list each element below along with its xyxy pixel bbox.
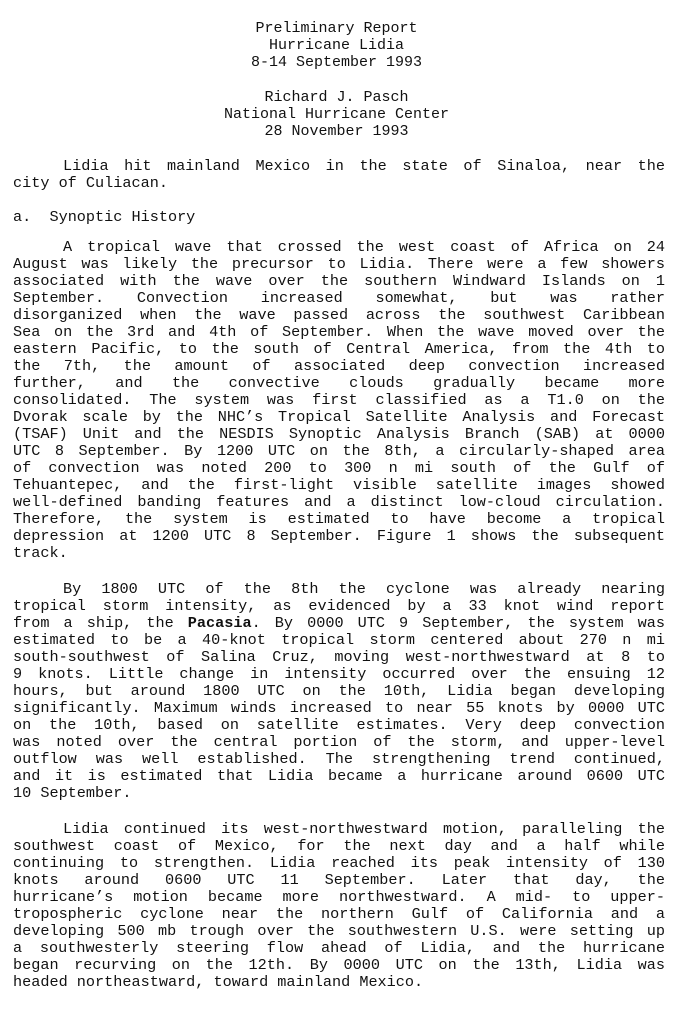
text-line: hurricane’s motion became more northwest…: [13, 889, 665, 906]
text-line: September. Convection increased somewhat…: [13, 290, 665, 307]
synoptic-paragraph-2: By 1800 UTC of the 8th the cyclone was a…: [13, 581, 665, 802]
text-line: was noted over the central portion of th…: [13, 734, 665, 751]
text-line: tropospheric cyclone near the northern G…: [13, 906, 665, 923]
summary-paragraph: Lidia hit mainland Mexico in the state o…: [13, 158, 665, 192]
text-line: further, and the convective clouds gradu…: [13, 375, 665, 392]
text-line: disorganized when the wave passed across…: [13, 307, 665, 324]
section-heading: a. Synoptic History: [13, 209, 195, 226]
text-line: city of Culiacan.: [13, 175, 665, 192]
author-name: Richard J. Pasch: [0, 89, 686, 106]
text-line: well-defined banding features and a dist…: [13, 494, 665, 511]
text-line: hours, but around 1800 UTC on the 10th, …: [13, 683, 665, 700]
text-line: southwest coast of Mexico, for the next …: [13, 838, 665, 855]
synoptic-paragraph-1: A tropical wave that crossed the west co…: [13, 239, 665, 562]
text-line: continuing to strengthen. Lidia reached …: [13, 855, 665, 872]
text-line: significantly. Maximum winds increased t…: [13, 700, 665, 717]
text-line: and it is estimated that Lidia became a …: [13, 768, 665, 785]
section-title: Synoptic History: [49, 208, 195, 226]
text-line: estimated to be a 40-knot tropical storm…: [13, 632, 665, 649]
report-title-block: Preliminary Report Hurricane Lidia 8-14 …: [0, 20, 686, 71]
text-line: from a ship, the Pacasia. By 0000 UTC 9 …: [13, 615, 665, 632]
text-line: Therefore, the system is estimated to ha…: [13, 511, 665, 528]
text-line: associated with the wave over the southe…: [13, 273, 665, 290]
text-line: UTC 8 September. By 1200 UTC on the 8th,…: [13, 443, 665, 460]
text-line: A tropical wave that crossed the west co…: [13, 239, 665, 256]
text-line: knots around 0600 UTC 11 September. Late…: [13, 872, 665, 889]
text-line: August was likely the precursor to Lidia…: [13, 256, 665, 273]
text-line: Tehuantepec, and the first-light visible…: [13, 477, 665, 494]
text-line: depression at 1200 UTC 8 September. Figu…: [13, 528, 665, 545]
text-line: a southwesterly steering flow ahead of L…: [13, 940, 665, 957]
text-line: headed northeastward, toward mainland Me…: [13, 974, 665, 991]
storm-name: Hurricane Lidia: [0, 37, 686, 54]
text-line: Lidia continued its west-northwestward m…: [13, 821, 665, 838]
text-line: Sea on the 3rd and 4th of September. Whe…: [13, 324, 665, 341]
text-line: on the 10th, based on satellite estimate…: [13, 717, 665, 734]
section-label: a.: [13, 208, 31, 226]
author-block: Richard J. Pasch National Hurricane Cent…: [0, 89, 686, 140]
author-organization: National Hurricane Center: [0, 106, 686, 123]
text-line: 10 September.: [13, 785, 665, 802]
report-title: Preliminary Report: [0, 20, 686, 37]
text-line: the 7th, the amount of associated deep c…: [13, 358, 665, 375]
text-line: Dvorak scale by the NHC’s Tropical Satel…: [13, 409, 665, 426]
text-line: (TSAF) Unit and the NESDIS Synoptic Anal…: [13, 426, 665, 443]
synoptic-paragraph-3: Lidia continued its west-northwestward m…: [13, 821, 665, 991]
text-line: eastern Pacific, to the south of Central…: [13, 341, 665, 358]
text-line: track.: [13, 545, 665, 562]
text-line: consolidated. The system was first class…: [13, 392, 665, 409]
text-line: began recurving on the 12th. By 0000 UTC…: [13, 957, 665, 974]
text-line: tropical storm intensity, as evidenced b…: [13, 598, 665, 615]
text-line: outflow was well established. The streng…: [13, 751, 665, 768]
ship-name: Pacasia: [188, 614, 252, 632]
text-line: of convection was noted 200 to 300 n mi …: [13, 460, 665, 477]
text-line: Lidia hit mainland Mexico in the state o…: [13, 158, 665, 175]
text-line: 9 knots. Little change in intensity occu…: [13, 666, 665, 683]
report-date: 28 November 1993: [0, 123, 686, 140]
text-line: By 1800 UTC of the 8th the cyclone was a…: [13, 581, 665, 598]
text-line: south-southwest of Salina Cruz, moving w…: [13, 649, 665, 666]
storm-dates: 8-14 September 1993: [0, 54, 686, 71]
text-line: developing 500 mb trough over the southw…: [13, 923, 665, 940]
